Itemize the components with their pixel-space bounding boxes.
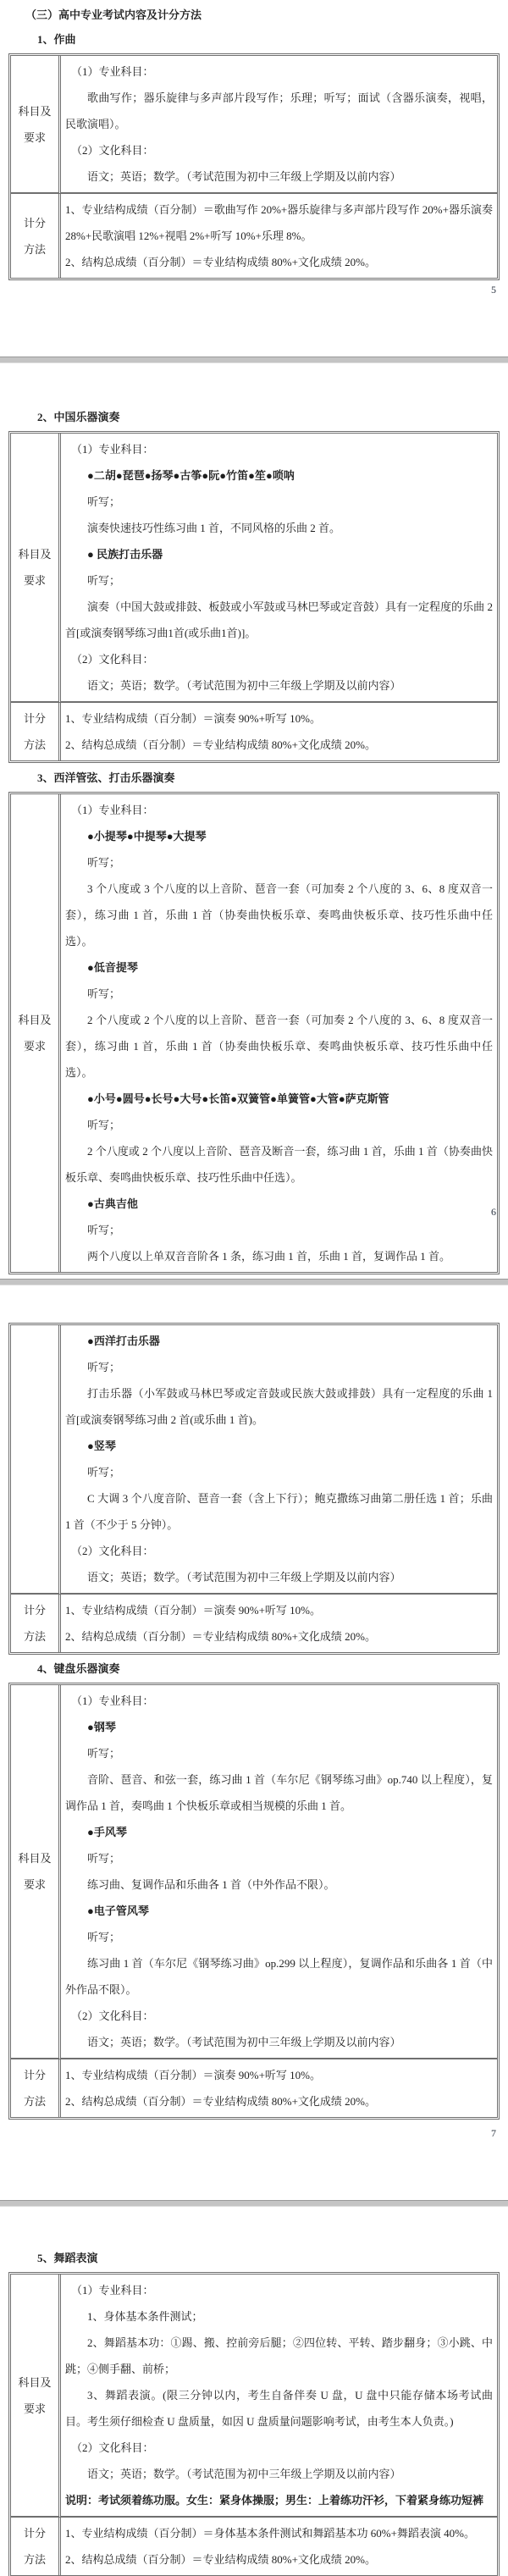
- paragraph: ●低音提琴: [65, 954, 493, 981]
- paragraph: 听写；: [65, 1354, 493, 1380]
- row-label-scoring: 计分 方法: [11, 194, 61, 278]
- doc-title: （三）高中专业考试内容及计分方法: [0, 0, 508, 23]
- paragraph: 语文；英语；数学。（考试范围为初中三年级上学期及以前内容）: [65, 2029, 493, 2055]
- row-label-scoring: 计分 方法: [11, 2059, 61, 2117]
- paragraph: 1、专业结构成绩（百分制）＝歌曲写作 20%+器乐旋律与多声部片段写作 20%+…: [65, 196, 493, 249]
- label-line: 科目及: [13, 98, 57, 124]
- scoring-row: 计分 方法 1、专业结构成绩（百分制）＝演奏 90%+听写 10%。 2、结构总…: [11, 703, 497, 760]
- paragraph: 听写；: [65, 849, 493, 876]
- paragraph: 2、结构总成绩（百分制）＝专业结构成绩 80%+文化成绩 20%。: [65, 732, 493, 758]
- paragraph: 听写；: [65, 1845, 493, 1871]
- section-3-title: 3、西洋管弦、打击乐器演奏: [0, 763, 508, 792]
- paragraph: ●二胡●琵琶●扬琴●古筝●阮●竹笛●笙●唢呐: [65, 462, 493, 489]
- scoring-row: 计分 方法 1、专业结构成绩（百分制）＝演奏 90%+听写 10%。 2、结构总…: [11, 1595, 497, 1652]
- paragraph: ●西洋打击乐器: [65, 1328, 493, 1354]
- paragraph: 听写；: [65, 1459, 493, 1485]
- paragraph: 3 个八度或 3 个八度的以上音阶、琶音一套（可加奏 2 个八度的 3、6、8 …: [65, 876, 493, 954]
- paragraph: 演奏（中国大鼓或排鼓、板鼓或小军鼓或马林巴琴或定音鼓）具有一定程度的乐曲 2首[…: [65, 594, 493, 646]
- scoring-content: 1、专业结构成绩（百分制）＝演奏 90%+听写 10%。 2、结构总成绩（百分制…: [61, 703, 497, 760]
- paragraph: 演奏快速技巧性练习曲 1 首，不同风格的乐曲 2 首。: [65, 515, 493, 541]
- label-line: 要求: [13, 1033, 57, 1059]
- label-line: 要求: [13, 124, 57, 151]
- section-1-title: 1、作曲: [0, 23, 508, 53]
- subjects-row: 科目及 要求 （1）专业科目： 1、身体基本条件测试； 2、舞蹈基本功：①踢、搬…: [11, 2275, 497, 2518]
- paragraph: （1）专业科目：: [65, 436, 493, 462]
- section-5-title: 5、舞蹈表演: [0, 2207, 508, 2272]
- row-label-scoring: 计分 方法: [11, 703, 61, 760]
- paragraph: 1、专业结构成绩（百分制）＝演奏 90%+听写 10%。: [65, 705, 493, 732]
- paragraph: 听写；: [65, 1740, 493, 1766]
- row-label-subjects: 科目及 要求: [11, 434, 61, 703]
- section-3-table-part2: ●西洋打击乐器 听写； 打击乐器（小军鼓或马林巴琴或定音鼓或民族大鼓或排鼓）具有…: [8, 1323, 500, 1655]
- paragraph: 语文；英语；数学。（考试范围为初中三年级上学期及以前内容）: [65, 2461, 493, 2487]
- paragraph: 语文；英语；数学。（考试范围为初中三年级上学期及以前内容）: [65, 672, 493, 699]
- paragraph: 2 个八度或 2 个八度以上音阶、琶音及断音一套，练习曲 1 首，乐曲 1 首（…: [65, 1138, 493, 1191]
- page-separator: [0, 2200, 508, 2207]
- page-separator: [0, 357, 508, 363]
- section-4-table: 科目及 要求 （1）专业科目： ●钢琴 听写； 音阶、琶音、和弦一套，练习曲 1…: [8, 1683, 500, 2120]
- paragraph: （2）文化科目：: [65, 2435, 493, 2461]
- subjects-content: （1）专业科目： ●小提琴●中提琴●大提琴 听写； 3 个八度或 3 个八度的以…: [61, 794, 497, 1272]
- document: （三）高中专业考试内容及计分方法 1、作曲 科目及 要求 （1）专业科目： 歌曲…: [0, 0, 508, 2576]
- scoring-row: 计分 方法 1、专业结构成绩（百分制）＝身体基本条件测试和舞蹈基本功 60%+舞…: [11, 2518, 497, 2575]
- paragraph: 1、身体基本条件测试；: [65, 2303, 493, 2330]
- paragraph: 语文；英语；数学。（考试范围为初中三年级上学期及以前内容）: [65, 163, 493, 190]
- page-separator: [0, 1279, 508, 1285]
- paragraph: 2、结构总成绩（百分制）＝专业结构成绩 80%+文化成绩 20%。: [65, 1623, 493, 1650]
- paragraph: （2）文化科目：: [65, 2003, 493, 2029]
- scoring-row: 计分 方法 1、专业结构成绩（百分制）＝歌曲写作 20%+器乐旋律与多声部片段写…: [11, 194, 497, 278]
- paragraph: （1）专业科目：: [65, 797, 493, 823]
- page-number: 6: [491, 1206, 496, 1218]
- label-line: 科目及: [13, 2369, 57, 2396]
- paragraph: （2）文化科目：: [65, 1538, 493, 1564]
- paragraph: 1、专业结构成绩（百分制）＝演奏 90%+听写 10%。: [65, 2062, 493, 2088]
- paragraph: 2、舞蹈基本功：①踢、搬、控前旁后腿；②四位转、平转、踏步翻身；③小跳、中跳；④…: [65, 2330, 493, 2382]
- subjects-content: （1）专业科目： ●二胡●琵琶●扬琴●古筝●阮●竹笛●笙●唢呐 听写； 演奏快速…: [61, 434, 497, 703]
- page-7: ●西洋打击乐器 听写； 打击乐器（小军鼓或马林巴琴或定音鼓或民族大鼓或排鼓）具有…: [0, 1285, 508, 2200]
- page-6: 2、中国乐器演奏 科目及 要求 （1）专业科目： ●二胡●琵琶●扬琴●古筝●阮●…: [0, 363, 508, 1279]
- subjects-row: 科目及 要求 （1）专业科目： 歌曲写作；器乐旋律与多声部片段写作；乐理；听写；…: [11, 56, 497, 194]
- section-3-table-part1: 科目及 要求 （1）专业科目： ●小提琴●中提琴●大提琴 听写； 3 个八度或 …: [8, 792, 500, 1274]
- paragraph: 1、专业结构成绩（百分制）＝身体基本条件测试和舞蹈基本功 60%+舞蹈表演 40…: [65, 2520, 493, 2546]
- paragraph: 听写；: [65, 567, 493, 594]
- subjects-content: （1）专业科目： 歌曲写作；器乐旋律与多声部片段写作；乐理；听写；面试（含器乐演…: [61, 56, 497, 194]
- paragraph: ●小号●圆号●长号●大号●长笛●双簧管●单簧管●大管●萨克斯管: [65, 1086, 493, 1112]
- label-line: 方法: [13, 2546, 57, 2573]
- paragraph: ● 民族打击乐器: [65, 541, 493, 567]
- row-label-subjects: 科目及 要求: [11, 794, 61, 1272]
- paragraph: 听写；: [65, 1217, 493, 1243]
- scoring-content: 1、专业结构成绩（百分制）＝演奏 90%+听写 10%。 2、结构总成绩（百分制…: [61, 2059, 497, 2117]
- paragraph: 听写；: [65, 489, 493, 515]
- scoring-content: 1、专业结构成绩（百分制）＝演奏 90%+听写 10%。 2、结构总成绩（百分制…: [61, 1595, 497, 1652]
- paragraph: ●小提琴●中提琴●大提琴: [65, 823, 493, 849]
- paragraph: 歌曲写作；器乐旋律与多声部片段写作；乐理；听写；面试（含器乐演奏，视唱，民歌演唱…: [65, 85, 493, 137]
- subjects-content: （1）专业科目： ●钢琴 听写； 音阶、琶音、和弦一套，练习曲 1 首（车尔尼《…: [61, 1685, 497, 2059]
- subjects-row: 科目及 要求 （1）专业科目： ●小提琴●中提琴●大提琴 听写； 3 个八度或 …: [11, 794, 497, 1272]
- subjects-row: 科目及 要求 （1）专业科目： ●钢琴 听写； 音阶、琶音、和弦一套，练习曲 1…: [11, 1685, 497, 2059]
- paragraph: 打击乐器（小军鼓或马林巴琴或定音鼓或民族大鼓或排鼓）具有一定程度的乐曲 1 首[…: [65, 1380, 493, 1433]
- paragraph: 2、结构总成绩（百分制）＝专业结构成绩 80%+文化成绩 20%。: [65, 2546, 493, 2573]
- page-number: 5: [491, 284, 496, 296]
- page-5: （三）高中专业考试内容及计分方法 1、作曲 科目及 要求 （1）专业科目： 歌曲…: [0, 0, 508, 357]
- label-line: 科目及: [13, 541, 57, 567]
- paragraph: 3、舞蹈表演。(限三分钟以内，考生自备伴奏 U 盘，U 盘中只能存储本场考试曲目…: [65, 2382, 493, 2435]
- paragraph: 说明：考试须着练功服。女生：紧身体操服；男生：上着练功汗衫，下着紧身练功短裤: [65, 2487, 493, 2513]
- page-number: 7: [491, 2127, 496, 2139]
- label-line: 方法: [13, 236, 57, 263]
- paragraph: 2、结构总成绩（百分制）＝专业结构成绩 80%+文化成绩 20%。: [65, 249, 493, 275]
- label-line: 要求: [13, 1871, 57, 1898]
- page-8: 5、舞蹈表演 科目及 要求 （1）专业科目： 1、身体基本条件测试； 2、舞蹈基…: [0, 2207, 508, 2576]
- paragraph: C 大调 3 个八度音阶、琶音一套（含上下行）；鲍克撒练习曲第二册任选 1 首；…: [65, 1485, 493, 1538]
- paragraph: 练习曲、复调作品和乐曲各 1 首（中外作品不限）。: [65, 1871, 493, 1898]
- scoring-content: 1、专业结构成绩（百分制）＝身体基本条件测试和舞蹈基本功 60%+舞蹈表演 40…: [61, 2518, 497, 2575]
- paragraph: 听写；: [65, 1112, 493, 1138]
- paragraph: ●钢琴: [65, 1714, 493, 1740]
- paragraph: （1）专业科目：: [65, 2277, 493, 2303]
- section-2-title: 2、中国乐器演奏: [0, 363, 508, 431]
- label-line: 科目及: [13, 1845, 57, 1871]
- paragraph: 听写；: [65, 1924, 493, 1950]
- paragraph: 音阶、琶音、和弦一套，练习曲 1 首（车尔尼《钢琴练习曲》op.740 以上程度…: [65, 1766, 493, 1819]
- paragraph: ●电子管风琴: [65, 1898, 493, 1924]
- paragraph: ●手风琴: [65, 1819, 493, 1845]
- paragraph: （2）文化科目：: [65, 137, 493, 163]
- paragraph: ●竖琴: [65, 1433, 493, 1459]
- section-4-title: 4、键盘乐器演奏: [0, 1655, 508, 1683]
- section-2-table: 科目及 要求 （1）专业科目： ●二胡●琵琶●扬琴●古筝●阮●竹笛●笙●唢呐 听…: [8, 431, 500, 763]
- label-line: 方法: [13, 1623, 57, 1650]
- paragraph: 听写；: [65, 981, 493, 1007]
- subjects-content: （1）专业科目： 1、身体基本条件测试； 2、舞蹈基本功：①踢、搬、控前旁后腿；…: [61, 2275, 497, 2518]
- label-line: 要求: [13, 567, 57, 594]
- paragraph: ●古典吉他: [65, 1191, 493, 1217]
- label-line: 方法: [13, 2088, 57, 2114]
- scoring-content: 1、专业结构成绩（百分制）＝歌曲写作 20%+器乐旋律与多声部片段写作 20%+…: [61, 194, 497, 278]
- paragraph: 2 个八度或 2 个八度的以上音阶、琶音一套（可加奏 2 个八度的 3、6、8 …: [65, 1007, 493, 1086]
- label-line: 科目及: [13, 1007, 57, 1033]
- label-line: 要求: [13, 2396, 57, 2422]
- section-1-table: 科目及 要求 （1）专业科目： 歌曲写作；器乐旋律与多声部片段写作；乐理；听写；…: [8, 53, 500, 280]
- row-label-subjects: 科目及 要求: [11, 56, 61, 194]
- subjects-row: 科目及 要求 （1）专业科目： ●二胡●琵琶●扬琴●古筝●阮●竹笛●笙●唢呐 听…: [11, 434, 497, 703]
- row-label-scoring: 计分 方法: [11, 1595, 61, 1652]
- row-label-scoring: 计分 方法: [11, 2518, 61, 2575]
- paragraph: 两个八度以上单双音音阶各 1 条，练习曲 1 首，乐曲 1 首，复调作品 1 首…: [65, 1243, 493, 1269]
- paragraph: 语文；英语；数学。（考试范围为初中三年级上学期及以前内容）: [65, 1564, 493, 1590]
- row-label-subjects: 科目及 要求: [11, 1685, 61, 2059]
- label-line: 计分: [13, 2520, 57, 2546]
- label-line: 计分: [13, 210, 57, 236]
- scoring-row: 计分 方法 1、专业结构成绩（百分制）＝演奏 90%+听写 10%。 2、结构总…: [11, 2059, 497, 2117]
- label-line: 方法: [13, 732, 57, 758]
- label-line: 计分: [13, 1597, 57, 1623]
- paragraph: 1、专业结构成绩（百分制）＝演奏 90%+听写 10%。: [65, 1597, 493, 1623]
- paragraph: （2）文化科目：: [65, 646, 493, 672]
- paragraph: 练习曲 1 首（车尔尼《钢琴练习曲》op.299 以上程度），复调作品和乐曲各 …: [65, 1950, 493, 2003]
- row-label-subjects: 科目及 要求: [11, 2275, 61, 2518]
- paragraph: 2、结构总成绩（百分制）＝专业结构成绩 80%+文化成绩 20%。: [65, 2088, 493, 2114]
- label-line: 计分: [13, 2062, 57, 2088]
- paragraph: （1）专业科目：: [65, 1688, 493, 1714]
- row-label-empty: [11, 1325, 61, 1595]
- section-5-table: 科目及 要求 （1）专业科目： 1、身体基本条件测试； 2、舞蹈基本功：①踢、搬…: [8, 2272, 500, 2576]
- subjects-row: ●西洋打击乐器 听写； 打击乐器（小军鼓或马林巴琴或定音鼓或民族大鼓或排鼓）具有…: [11, 1325, 497, 1595]
- label-line: 计分: [13, 705, 57, 732]
- subjects-content: ●西洋打击乐器 听写； 打击乐器（小军鼓或马林巴琴或定音鼓或民族大鼓或排鼓）具有…: [61, 1325, 497, 1595]
- paragraph: （1）专业科目：: [65, 58, 493, 85]
